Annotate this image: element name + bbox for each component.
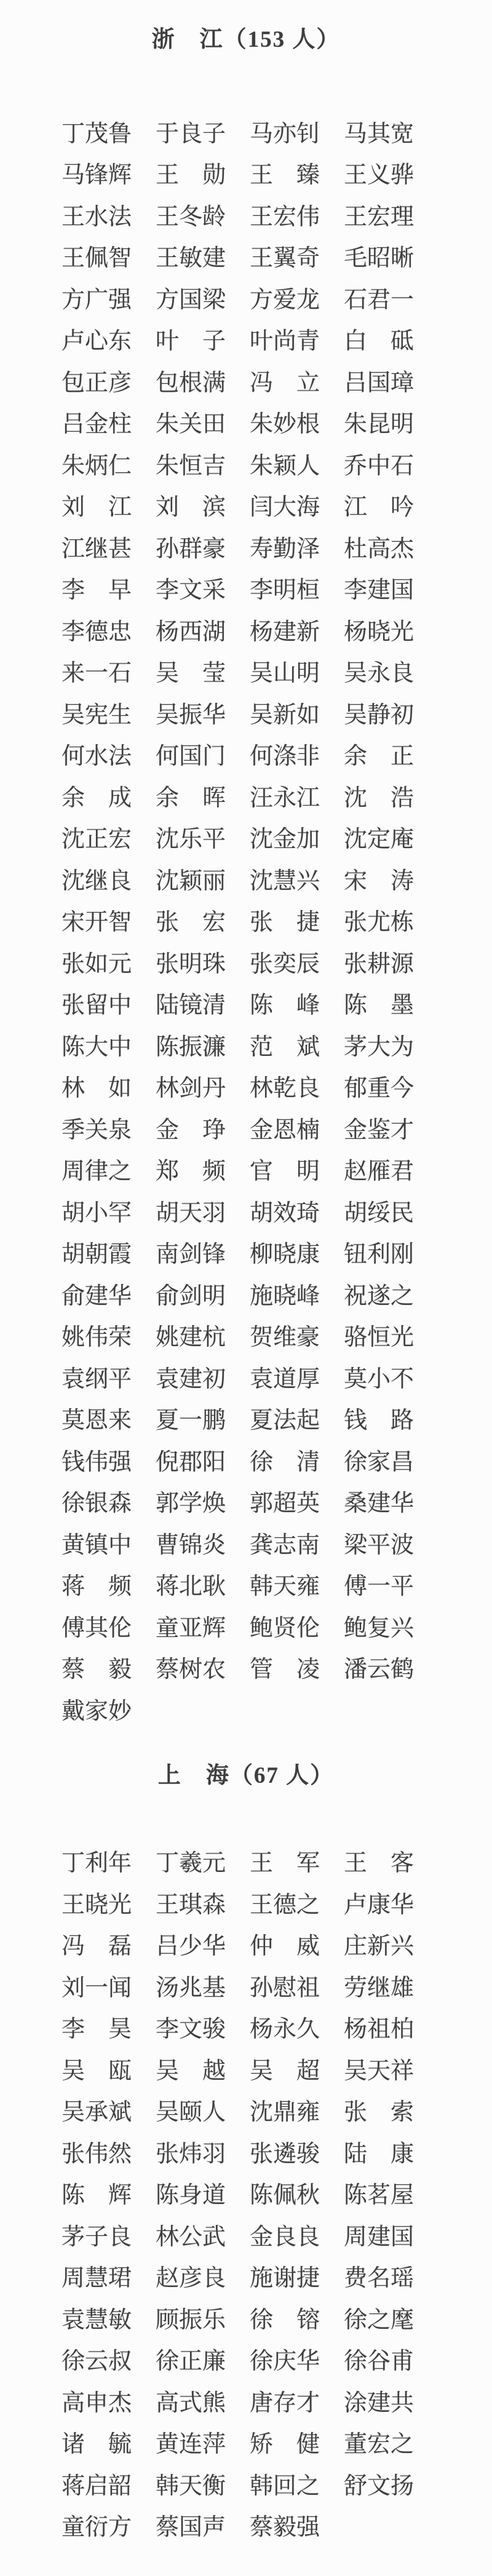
person-name: 陈茗屋: [344, 2184, 414, 2208]
person-name: 沈颖丽: [156, 870, 226, 894]
person-name: 冯 立: [250, 371, 320, 396]
person-name: 傅其伦: [61, 1617, 132, 1641]
name-row: 诸 毓黄连萍矫 健董宏之: [61, 2425, 492, 2467]
person-name: 胡小罕: [61, 1202, 132, 1226]
name-row: 茅子良林公武金良良周建国: [61, 2217, 492, 2259]
person-name: 叶 子: [156, 330, 226, 354]
person-name: 叶尚青: [250, 330, 320, 354]
person-name: 陈振濂: [156, 1036, 226, 1060]
person-name: 张尤栋: [344, 911, 414, 935]
person-name: 涂建共: [344, 2392, 414, 2416]
person-name: 王义骅: [344, 164, 414, 188]
person-name: 吕金柱: [61, 413, 132, 437]
person-name: 俞剑明: [156, 1285, 226, 1309]
person-name: 庄新兴: [344, 1935, 414, 1959]
name-row: 王晓光王琪森王德之卢康华: [61, 1885, 492, 1927]
person-name: 陈大中: [61, 1036, 132, 1060]
person-name: 吴 莹: [156, 662, 226, 686]
person-name: 李 昊: [61, 2018, 132, 2042]
person-name: 李德忠: [61, 620, 132, 645]
person-name: 王 勋: [156, 164, 226, 188]
person-name: 徐谷甫: [344, 2350, 414, 2374]
person-name: 董宏之: [344, 2433, 414, 2457]
name-row: 蒋 频蒋北耿韩天雍傅一平: [61, 1567, 492, 1609]
name-row: 刘 江刘 滨闫大海江 吟: [61, 488, 492, 529]
person-name: 郭超英: [250, 1492, 320, 1516]
person-name: 陈 峰: [250, 994, 320, 1018]
person-name: 余 正: [344, 745, 414, 769]
name-row: 胡小罕胡天羽胡效琦胡绥民: [61, 1193, 492, 1235]
person-name: 陈 辉: [61, 2184, 132, 2208]
person-name: 吴 瓯: [61, 2059, 132, 2084]
name-row: 吕金柱朱关田朱妙根朱昆明: [61, 405, 492, 446]
person-name: 徐云叔: [61, 2350, 132, 2374]
person-name: 袁纲平: [61, 1368, 132, 1392]
person-name: 童衍方: [61, 2516, 132, 2540]
person-name: 吴振华: [156, 703, 226, 728]
person-name: 周律之: [61, 1160, 132, 1184]
name-row: 蒋启韶韩天衡韩回之舒文扬: [61, 2466, 492, 2508]
person-name: 俞建华: [61, 1285, 132, 1309]
person-name: 诸 毓: [61, 2433, 132, 2457]
person-name: 钱伟强: [61, 1451, 132, 1475]
name-row: 陈大中陈振濂范 斌茅大为: [61, 1027, 492, 1069]
person-name: 官 明: [250, 1160, 320, 1184]
name-row: 张伟然张炜羽张遴骏陆 康: [61, 2134, 492, 2176]
name-row: 李 早李文采李明桓李建国: [61, 571, 492, 612]
person-name: 胡效琦: [250, 1202, 320, 1226]
person-name: 戴家妙: [61, 1700, 132, 1724]
name-row: 卢心东叶 子叶尚青白 砥: [61, 322, 492, 363]
name-row: 徐云叔徐正廉徐庆华徐谷甫: [61, 2342, 492, 2384]
person-name: 金恩楠: [250, 1119, 320, 1143]
person-name: 施晓峰: [250, 1285, 320, 1309]
person-name: 莫小不: [344, 1368, 414, 1392]
person-name: 蔡树农: [156, 1658, 226, 1682]
person-name: 张伟然: [61, 2142, 132, 2167]
person-name: 王 臻: [250, 164, 320, 188]
person-name: 刘 滨: [156, 496, 226, 520]
person-name: 何水法: [61, 745, 132, 769]
person-name: 费名瑶: [344, 2267, 414, 2291]
person-name: 沈定庵: [344, 828, 414, 852]
person-name: 胡天羽: [156, 1202, 226, 1226]
person-name: 沈金加: [250, 828, 320, 852]
person-name: 王 军: [250, 1852, 320, 1876]
person-name: 李文采: [156, 579, 226, 603]
person-name: 周慧珺: [61, 2267, 132, 2291]
person-name: 杨西湖: [156, 620, 226, 645]
name-row: 包正彦包根满冯 立吕国璋: [61, 363, 492, 405]
person-name: 张 捷: [250, 911, 320, 935]
name-row: 吴宪生吴振华吴新如吴静初: [61, 695, 492, 737]
person-name: 韩回之: [250, 2475, 320, 2499]
person-name: 徐 镕: [250, 2308, 320, 2333]
person-name: 沈继良: [61, 870, 132, 894]
person-name: 茅大为: [344, 1036, 414, 1060]
name-row: 童衍方蔡国声蔡毅强: [61, 2508, 492, 2550]
person-name: 陆镜清: [156, 994, 226, 1018]
person-name: 张遴骏: [250, 2142, 320, 2167]
person-name: 陆 康: [344, 2142, 414, 2167]
name-row: 何水法何国门何涤非余 正: [61, 737, 492, 779]
person-name: 龚志南: [250, 1534, 320, 1558]
name-row: 李 昊李文骏杨永久杨祖柏: [61, 2010, 492, 2051]
name-row: 胡朝霞南剑锋柳晓康钮利刚: [61, 1235, 492, 1277]
person-name: 蒋北耿: [156, 1575, 226, 1599]
person-name: 王晓光: [61, 1893, 132, 1918]
name-row: 高申杰高式熊唐存才涂建共: [61, 2383, 492, 2425]
person-name: 胡朝霞: [61, 1243, 132, 1267]
person-name: 吴天祥: [344, 2059, 414, 2084]
person-name: 范 斌: [250, 1036, 320, 1060]
person-name: 吴静初: [344, 703, 414, 728]
person-name: 吕国璋: [344, 371, 414, 396]
person-name: 姚伟荣: [61, 1326, 132, 1350]
person-name: 林剑丹: [156, 1077, 226, 1101]
person-name: 郭学焕: [156, 1492, 226, 1516]
person-name: 方广强: [61, 288, 132, 313]
person-name: 吴永良: [344, 662, 414, 686]
person-name: 卢心东: [61, 330, 132, 354]
person-name: 张留中: [61, 994, 132, 1018]
person-name: 王冬龄: [156, 205, 226, 230]
section-title-zhejiang: 浙 江（153 人）: [0, 28, 492, 52]
person-name: 汪永江: [250, 787, 320, 811]
name-row: 吴 瓯吴 越吴 超吴天祥: [61, 2051, 492, 2093]
name-row: 姚伟荣姚建杭贺维豪骆恒光: [61, 1318, 492, 1360]
person-name: 徐之麾: [344, 2308, 414, 2333]
person-name: 朱恒吉: [156, 454, 226, 479]
person-name: 包正彦: [61, 371, 132, 396]
person-name: 吴山明: [250, 662, 320, 686]
section-shanghai: 上 海（67 人） 丁利年丁羲元王 军王 客王晓光王琪森王德之卢康华冯 磊吕少华…: [0, 1764, 492, 2550]
person-name: 王宏伟: [250, 205, 320, 230]
person-name: 朱炳仁: [61, 454, 132, 479]
person-name: 舒文扬: [344, 2475, 414, 2499]
person-name: 沈乐平: [156, 828, 226, 852]
person-name: 袁慧敏: [61, 2308, 132, 2333]
person-name: 宋 涛: [344, 870, 414, 894]
section-title-shanghai: 上 海（67 人）: [0, 1764, 492, 1788]
person-name: 朱关田: [156, 413, 226, 437]
person-name: 蔡国声: [156, 2516, 226, 2540]
person-name: 徐正廉: [156, 2350, 226, 2374]
name-row: 袁慧敏顾振乐徐 镕徐之麾: [61, 2300, 492, 2342]
name-row: 王佩智王敏建王翼奇毛昭晰: [61, 239, 492, 280]
name-row: 徐银森郭学焕郭超英桑建华: [61, 1484, 492, 1526]
person-name: 贺维豪: [250, 1326, 320, 1350]
person-name: 王 客: [344, 1852, 414, 1876]
person-name: 蒋 频: [61, 1575, 132, 1599]
person-name: 金良良: [250, 2225, 320, 2250]
person-name: 李文骏: [156, 2018, 226, 2042]
person-name: 高式熊: [156, 2392, 226, 2416]
person-name: 童亚辉: [156, 1617, 226, 1641]
person-name: 钱 路: [344, 1409, 414, 1433]
person-name: 李明桓: [250, 579, 320, 603]
name-row: 沈继良沈颖丽沈慧兴宋 涛: [61, 861, 492, 903]
person-name: 林 如: [61, 1077, 132, 1101]
person-name: 余 晖: [156, 787, 226, 811]
person-name: 顾振乐: [156, 2308, 226, 2333]
name-row: 钱伟强倪郡阳徐 清徐家昌: [61, 1442, 492, 1484]
person-name: 管 凌: [250, 1658, 320, 1682]
name-row: 莫恩来夏一鹏夏法起钱 路: [61, 1401, 492, 1443]
person-name: 劳继雄: [344, 1976, 414, 2001]
person-name: 马其宽: [344, 122, 414, 147]
name-row: 余 成余 晖汪永江沈 浩: [61, 778, 492, 820]
person-name: 胡绥民: [344, 1202, 414, 1226]
person-name: 卢康华: [344, 1893, 414, 1918]
person-name: 杨祖柏: [344, 2018, 414, 2042]
person-name: 杨永久: [250, 2018, 320, 2042]
person-name: 高申杰: [61, 2392, 132, 2416]
person-name: 陈佩秋: [250, 2184, 320, 2208]
person-name: 蔡毅强: [250, 2516, 320, 2540]
person-name: 白 砥: [344, 330, 414, 354]
person-name: 金鉴才: [344, 1119, 414, 1143]
person-name: 张明珠: [156, 953, 226, 977]
name-row: 俞建华俞剑明施晓峰祝遂之: [61, 1276, 492, 1318]
person-name: 沈 浩: [344, 787, 414, 811]
person-name: 徐 清: [250, 1451, 320, 1475]
person-name: 何涤非: [250, 745, 320, 769]
person-name: 矫 健: [250, 2433, 320, 2457]
person-name: 夏一鹏: [156, 1409, 226, 1433]
person-name: 韩天雍: [250, 1575, 320, 1599]
name-row: 季关泉金 琤金恩楠金鉴才: [61, 1110, 492, 1152]
person-name: 南剑锋: [156, 1243, 226, 1267]
person-name: 祝遂之: [344, 1285, 414, 1309]
person-name: 徐银森: [61, 1492, 132, 1516]
person-name: 吴宪生: [61, 703, 132, 728]
person-name: 王佩智: [61, 247, 132, 271]
person-name: 吴颐人: [156, 2101, 226, 2125]
person-name: 吕少华: [156, 1935, 226, 1959]
person-name: 柳晓康: [250, 1243, 320, 1267]
name-row: 陈 辉陈身道陈佩秋陈茗屋: [61, 2176, 492, 2217]
person-name: 马锋辉: [61, 164, 132, 188]
person-name: 刘一闻: [61, 1976, 132, 2001]
person-name: 丁利年: [61, 1852, 132, 1876]
person-name: 石君一: [344, 288, 414, 313]
name-grid-zhejiang: 丁茂鲁于良子马亦钊马其宽马锋辉王 勋王 臻王义骅王水法王冬龄王宏伟王宏理王佩智王…: [0, 114, 492, 1733]
person-name: 刘 江: [61, 496, 132, 520]
person-name: 张 索: [344, 2101, 414, 2125]
name-row: 吴承斌吴颐人沈鼎雍张 索: [61, 2093, 492, 2134]
person-name: 余 成: [61, 787, 132, 811]
person-name: 黄镇中: [61, 1534, 132, 1558]
person-name: 韩天衡: [156, 2475, 226, 2499]
person-name: 沈慧兴: [250, 870, 320, 894]
person-name: 梁平波: [344, 1534, 414, 1558]
name-row: 袁纲平袁建初袁道厚莫小不: [61, 1359, 492, 1401]
person-name: 朱昆明: [344, 413, 414, 437]
person-name: 王翼奇: [250, 247, 320, 271]
person-name: 傅一平: [344, 1575, 414, 1599]
name-row: 黄镇中曹锦炎龚志南梁平波: [61, 1525, 492, 1567]
person-name: 杜高杰: [344, 537, 414, 562]
person-name: 季关泉: [61, 1119, 132, 1143]
person-name: 仲 威: [250, 1935, 320, 1959]
person-name: 郑 频: [156, 1160, 226, 1184]
person-name: 丁羲元: [156, 1852, 226, 1876]
person-name: 赵彦良: [156, 2267, 226, 2291]
name-row: 沈正宏沈乐平沈金加沈定庵: [61, 820, 492, 862]
name-row: 朱炳仁朱恒吉朱颖人乔中石: [61, 446, 492, 488]
name-row: 马锋辉王 勋王 臻王义骅: [61, 156, 492, 197]
person-name: 张奕辰: [250, 953, 320, 977]
person-name: 徐家昌: [344, 1451, 414, 1475]
person-name: 吴 越: [156, 2059, 226, 2084]
person-name: 江继甚: [61, 537, 132, 562]
name-row: 方广强方国梁方爱龙石君一: [61, 280, 492, 322]
person-name: 王水法: [61, 205, 132, 230]
name-row: 冯 磊吕少华仲 威庄新兴: [61, 1927, 492, 1968]
person-name: 张炜羽: [156, 2142, 226, 2167]
name-grid-shanghai: 丁利年丁羲元王 军王 客王晓光王琪森王德之卢康华冯 磊吕少华仲 威庄新兴刘一闻汤…: [0, 1844, 492, 2550]
name-row: 周律之郑 频官 明赵雁君: [61, 1152, 492, 1194]
person-name: 黄连萍: [156, 2433, 226, 2457]
person-name: 王敏建: [156, 247, 226, 271]
person-name: 杨晓光: [344, 620, 414, 645]
person-name: 赵雁君: [344, 1160, 414, 1184]
person-name: 姚建杭: [156, 1326, 226, 1350]
person-name: 张耕源: [344, 953, 414, 977]
name-row: 宋开智张 宏张 捷张尤栋: [61, 903, 492, 945]
person-name: 寿勤泽: [250, 537, 320, 562]
name-row: 来一石吴 莹吴山明吴永良: [61, 654, 492, 696]
person-name: 朱妙根: [250, 413, 320, 437]
name-row: 林 如林剑丹林乾良郁重今: [61, 1069, 492, 1111]
person-name: 杨建新: [250, 620, 320, 645]
person-name: 方国梁: [156, 288, 226, 313]
person-name: 冯 磊: [61, 1935, 132, 1959]
person-name: 吴 超: [250, 2059, 320, 2084]
person-name: 陈 墨: [344, 994, 414, 1018]
person-name: 林公武: [156, 2225, 226, 2250]
person-name: 毛昭晰: [344, 247, 414, 271]
person-name: 袁建初: [156, 1368, 226, 1392]
person-name: 李 早: [61, 579, 132, 603]
person-name: 鲍复兴: [344, 1617, 414, 1641]
person-name: 王德之: [250, 1893, 320, 1918]
person-name: 宋开智: [61, 911, 132, 935]
person-name: 王宏理: [344, 205, 414, 230]
person-name: 张 宏: [156, 911, 226, 935]
person-name: 孙慰祖: [250, 1976, 320, 2001]
person-name: 鲍贤伦: [250, 1617, 320, 1641]
person-name: 潘云鹤: [344, 1658, 414, 1682]
name-row: 傅其伦童亚辉鲍贤伦鲍复兴: [61, 1608, 492, 1650]
person-name: 闫大海: [250, 496, 320, 520]
person-name: 蒋启韶: [61, 2475, 132, 2499]
person-name: 莫恩来: [61, 1409, 132, 1433]
name-row: 李德忠杨西湖杨建新杨晓光: [61, 612, 492, 654]
person-name: 周建国: [344, 2225, 414, 2250]
person-name: 朱颖人: [250, 454, 320, 479]
person-name: 林乾良: [250, 1077, 320, 1101]
person-name: 王琪森: [156, 1893, 226, 1918]
person-name: 金 琤: [156, 1119, 226, 1143]
name-row: 江继甚孙群豪寿勤泽杜高杰: [61, 529, 492, 571]
person-name: 桑建华: [344, 1492, 414, 1516]
person-name: 乔中石: [344, 454, 414, 479]
person-name: 倪郡阳: [156, 1451, 226, 1475]
person-name: 吴新如: [250, 703, 320, 728]
name-row: 张留中陆镜清陈 峰陈 墨: [61, 986, 492, 1028]
name-row: 刘一闻汤兆基孙慰祖劳继雄: [61, 1968, 492, 2010]
person-name: 蔡 毅: [61, 1658, 132, 1682]
person-name: 汤兆基: [156, 1976, 226, 2001]
person-name: 夏法起: [250, 1409, 320, 1433]
name-row: 周慧珺赵彦良施谢捷费名瑶: [61, 2259, 492, 2301]
name-row: 蔡 毅蔡树农管 凌潘云鹤: [61, 1650, 492, 1692]
section-zhejiang: 浙 江（153 人） 丁茂鲁于良子马亦钊马其宽马锋辉王 勋王 臻王义骅王水法王冬…: [0, 28, 492, 1733]
person-name: 茅子良: [61, 2225, 132, 2250]
name-row: 戴家妙: [61, 1691, 492, 1733]
person-name: 江 吟: [344, 496, 414, 520]
person-name: 张如元: [61, 953, 132, 977]
person-name: 方爱龙: [250, 288, 320, 313]
person-name: 马亦钊: [250, 122, 320, 147]
person-name: 孙群豪: [156, 537, 226, 562]
person-name: 沈正宏: [61, 828, 132, 852]
person-name: 沈鼎雍: [250, 2101, 320, 2125]
name-row: 王水法王冬龄王宏伟王宏理: [61, 197, 492, 239]
person-name: 于良子: [156, 122, 226, 147]
person-name: 骆恒光: [344, 1326, 414, 1350]
name-row: 丁茂鲁于良子马亦钊马其宽: [61, 114, 492, 156]
document-page: 浙 江（153 人） 丁茂鲁于良子马亦钊马其宽马锋辉王 勋王 臻王义骅王水法王冬…: [0, 0, 492, 2576]
name-row: 张如元张明珠张奕辰张耕源: [61, 944, 492, 986]
person-name: 来一石: [61, 662, 132, 686]
person-name: 何国门: [156, 745, 226, 769]
person-name: 施谢捷: [250, 2267, 320, 2291]
person-name: 郁重今: [344, 1077, 414, 1101]
person-name: 丁茂鲁: [61, 122, 132, 147]
person-name: 曹锦炎: [156, 1534, 226, 1558]
person-name: 钮利刚: [344, 1243, 414, 1267]
person-name: 唐存才: [250, 2392, 320, 2416]
person-name: 徐庆华: [250, 2350, 320, 2374]
person-name: 包根满: [156, 371, 226, 396]
name-row: 丁利年丁羲元王 军王 客: [61, 1844, 492, 1885]
person-name: 吴承斌: [61, 2101, 132, 2125]
person-name: 陈身道: [156, 2184, 226, 2208]
person-name: 袁道厚: [250, 1368, 320, 1392]
person-name: 李建国: [344, 579, 414, 603]
